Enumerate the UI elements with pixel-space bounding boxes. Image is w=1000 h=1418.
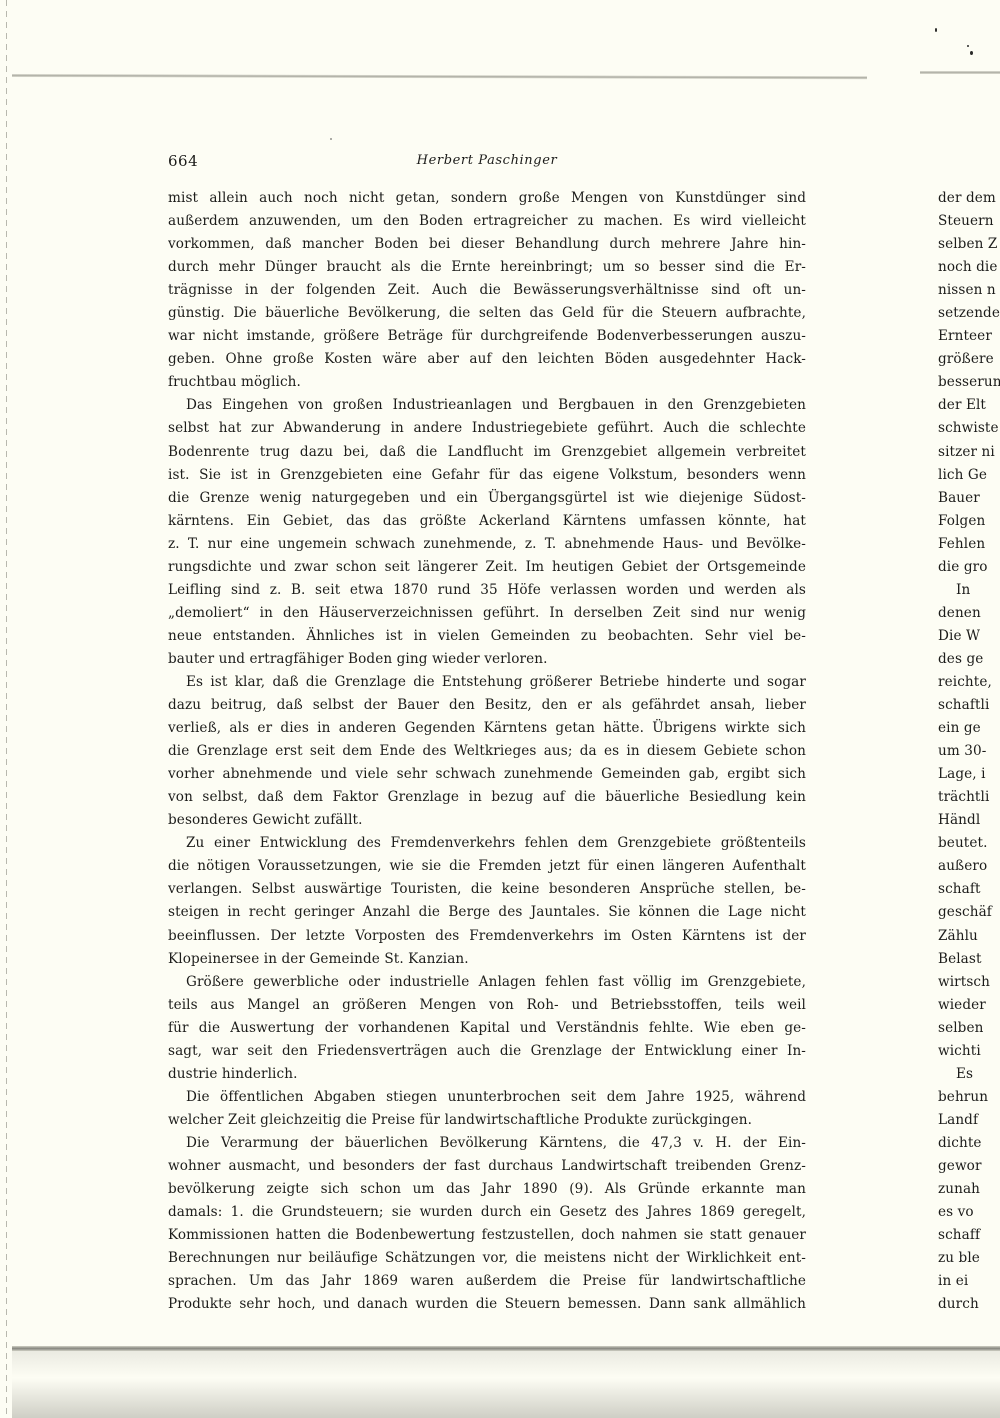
text-line: geschäf bbox=[938, 901, 1000, 924]
text-line: bauter und ertragfähiger Boden ging wied… bbox=[168, 648, 806, 671]
text-line: schaftli bbox=[938, 694, 1000, 717]
page-header: 664 Herbert Paschinger bbox=[168, 152, 806, 176]
text-line: zunah bbox=[938, 1178, 1000, 1201]
text-line: vorher abnehmende und viele sehr schwach… bbox=[168, 763, 806, 786]
text-line: Es bbox=[938, 1063, 1000, 1086]
text-line: Leifling sind z. B. seit etwa 1870 rund … bbox=[168, 579, 806, 602]
text-line: welcher Zeit gleichzeitig die Preise für… bbox=[168, 1109, 806, 1132]
text-line: Händl bbox=[938, 809, 1000, 832]
text-line: war nicht imstande, größere Beträge für … bbox=[168, 325, 806, 348]
text-line: außero bbox=[938, 855, 1000, 878]
text-line: Die W bbox=[938, 625, 1000, 648]
text-line: Landf bbox=[938, 1109, 1000, 1132]
text-line: besserun bbox=[938, 371, 1000, 394]
text-line: schaff bbox=[938, 1224, 1000, 1247]
scan-speck bbox=[967, 45, 969, 47]
text-line: Klopeinersee in der Gemeinde St. Kanzian… bbox=[168, 948, 806, 971]
text-line: selben Z bbox=[938, 233, 1000, 256]
text-line: durch bbox=[938, 1293, 1000, 1316]
text-line: günstig. Die bäuerliche Bevölkerung, die… bbox=[168, 302, 806, 325]
text-line: schaft bbox=[938, 878, 1000, 901]
scan-left-edge bbox=[6, 0, 7, 1418]
text-line: Berechnungen nur beiläufige Schätzungen … bbox=[168, 1247, 806, 1270]
text-line: kärntens. Ein Gebiet, das das größte Ack… bbox=[168, 510, 806, 533]
text-line: setzende bbox=[938, 302, 1000, 325]
text-line: bevölkerung zeigte sich schon um das Jah… bbox=[168, 1178, 806, 1201]
text-line: sitzer ni bbox=[938, 441, 1000, 464]
running-head: Herbert Paschinger bbox=[168, 153, 806, 168]
text-line: damals: 1. die Grundsteuern; sie wurden … bbox=[168, 1201, 806, 1224]
text-line: vorkommen, daß mancher Boden bei dieser … bbox=[168, 233, 806, 256]
text-line: Zu einer Entwicklung des Fremdenverkehrs… bbox=[168, 832, 806, 855]
text-line: geben. Ohne große Kosten wäre aber auf d… bbox=[168, 348, 806, 371]
text-line: gewor bbox=[938, 1155, 1000, 1178]
text-line: In bbox=[938, 579, 1000, 602]
text-line: dustrie hinderlich. bbox=[168, 1063, 806, 1086]
scan-bottom-shade bbox=[12, 1351, 1000, 1418]
text-line: trächtli bbox=[938, 786, 1000, 809]
text-line: es vo bbox=[938, 1201, 1000, 1224]
text-line: Kommissionen hatten die Bodenbewertung f… bbox=[168, 1224, 806, 1247]
adjacent-page-text-fragment: der demSteuernselben Znoch dienissen nse… bbox=[938, 187, 1000, 1316]
text-line: lich Ge bbox=[938, 464, 1000, 487]
text-line: des ge bbox=[938, 648, 1000, 671]
text-line: mist allein auch noch nicht getan, sonde… bbox=[168, 187, 806, 210]
scan-top-rule bbox=[12, 74, 867, 79]
text-line: Das Eingehen von großen Industrieanlagen… bbox=[168, 394, 806, 417]
text-line: zu ble bbox=[938, 1247, 1000, 1270]
text-line: der dem bbox=[938, 187, 1000, 210]
text-line: wichti bbox=[938, 1040, 1000, 1063]
text-line: teils aus Mangel an größeren Mengen von … bbox=[168, 994, 806, 1017]
scan-speck bbox=[970, 51, 973, 55]
text-line: reichte, bbox=[938, 671, 1000, 694]
text-line: die gro bbox=[938, 556, 1000, 579]
text-line: steigen in recht geringer Anzahl die Ber… bbox=[168, 901, 806, 924]
text-line: Steuern bbox=[938, 210, 1000, 233]
text-line: ein ge bbox=[938, 717, 1000, 740]
text-line: sagt, war seit den Friedensverträgen auc… bbox=[168, 1040, 806, 1063]
text-line: Zählu bbox=[938, 925, 1000, 948]
text-line: Die öffentlichen Abgaben stiegen ununter… bbox=[168, 1086, 806, 1109]
text-line: in ei bbox=[938, 1270, 1000, 1293]
text-line: z. T. nur eine ungemein schwach zunehmen… bbox=[168, 533, 806, 556]
text-line: beutet. bbox=[938, 832, 1000, 855]
text-line: beeinflussen. Der letzte Vorposten des F… bbox=[168, 925, 806, 948]
text-line: durch mehr Dünger braucht als die Ernte … bbox=[168, 256, 806, 279]
text-line: fruchtbau möglich. bbox=[168, 371, 806, 394]
text-line: Größere gewerbliche oder industrielle An… bbox=[168, 971, 806, 994]
text-line: nissen n bbox=[938, 279, 1000, 302]
text-line: Bauer bbox=[938, 487, 1000, 510]
text-line: besonderes Gewicht zufällt. bbox=[168, 809, 806, 832]
text-line: Belast bbox=[938, 948, 1000, 971]
text-line: „demoliert“ in den Häuserverzeichnissen … bbox=[168, 602, 806, 625]
text-line: selben bbox=[938, 1017, 1000, 1040]
text-line: außerdem anzuwenden, um den Boden ertrag… bbox=[168, 210, 806, 233]
main-text-column: mist allein auch noch nicht getan, sonde… bbox=[168, 187, 806, 1316]
text-line: dazu beitrug, daß selbst der Bauer den B… bbox=[168, 694, 806, 717]
text-line: dichte bbox=[938, 1132, 1000, 1155]
text-line: Fehlen bbox=[938, 533, 1000, 556]
text-line: Produkte sehr hoch, und danach wurden di… bbox=[168, 1293, 806, 1316]
text-line: wohner ausmacht, und besonders der fast … bbox=[168, 1155, 806, 1178]
scan-speck bbox=[330, 138, 332, 140]
text-line: wirtsch bbox=[938, 971, 1000, 994]
text-line: Die Verarmung der bäuerlichen Bevölkerun… bbox=[168, 1132, 806, 1155]
text-line: rungsdichte und zwar schon seit längerer… bbox=[168, 556, 806, 579]
text-line: die Grenzlage erst seit dem Ende des Wel… bbox=[168, 740, 806, 763]
text-line: selbst hat zur Abwanderung in andere Ind… bbox=[168, 417, 806, 440]
text-line: die nötigen Voraussetzungen, wie sie die… bbox=[168, 855, 806, 878]
text-line: behrun bbox=[938, 1086, 1000, 1109]
text-line: denen bbox=[938, 602, 1000, 625]
text-line: Lage, i bbox=[938, 763, 1000, 786]
text-line: trägnisse in der folgenden Zeit. Auch di… bbox=[168, 279, 806, 302]
text-line: verließ, als er dies in anderen Gegenden… bbox=[168, 717, 806, 740]
text-line: Bodenrente trug dazu bei, daß die Landfl… bbox=[168, 441, 806, 464]
text-line: ist. Sie ist in Grenzgebieten eine Gefah… bbox=[168, 464, 806, 487]
text-line: wieder bbox=[938, 994, 1000, 1017]
scan-top-rule-right bbox=[920, 71, 1000, 74]
text-line: für die Auswertung der vorhandenen Kapit… bbox=[168, 1017, 806, 1040]
text-line: Folgen bbox=[938, 510, 1000, 533]
text-line: sprachen. Um das Jahr 1869 waren außerde… bbox=[168, 1270, 806, 1293]
text-line: die Grenze wenig naturgegeben und ein Üb… bbox=[168, 487, 806, 510]
text-line: schwiste bbox=[938, 417, 1000, 440]
text-line: verlangen. Selbst auswärtige Touristen, … bbox=[168, 878, 806, 901]
text-line: der Elt bbox=[938, 394, 1000, 417]
text-line: größere bbox=[938, 348, 1000, 371]
text-line: neue entstanden. Ähnliches ist in vielen… bbox=[168, 625, 806, 648]
text-line: Ernteer bbox=[938, 325, 1000, 348]
scan-speck bbox=[935, 28, 937, 32]
text-line: noch die bbox=[938, 256, 1000, 279]
text-line: Es ist klar, daß die Grenzlage die Entst… bbox=[168, 671, 806, 694]
text-line: um 30- bbox=[938, 740, 1000, 763]
text-line: von selbst, daß dem Faktor Grenzlage in … bbox=[168, 786, 806, 809]
